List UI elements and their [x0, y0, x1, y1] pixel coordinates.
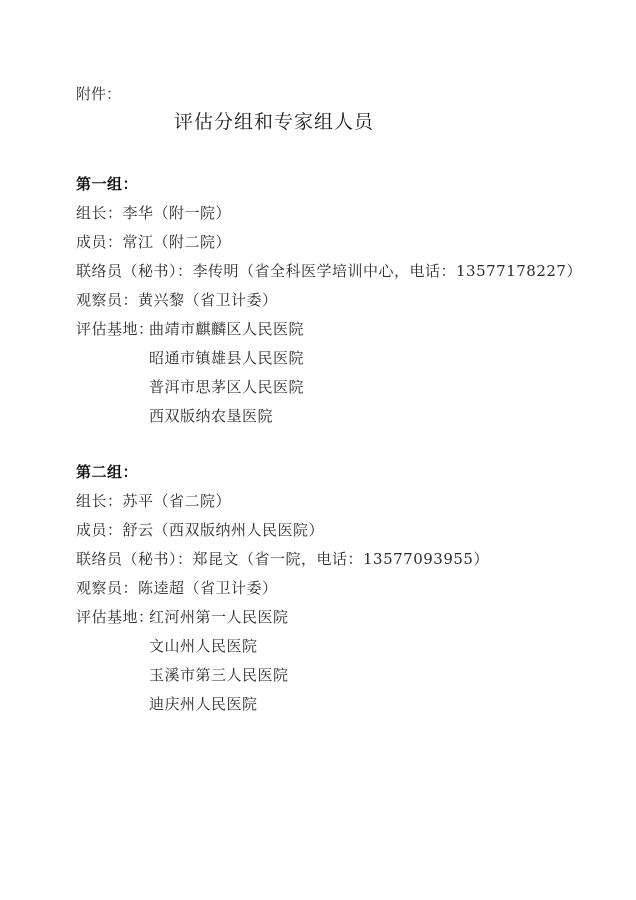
group-2-member: 成员：舒云（西双版纳州人民医院） [76, 521, 324, 539]
group-2-heading: 第二组： [76, 463, 138, 481]
group-1-observer: 观察员：黄兴黎（省卫计委） [76, 291, 278, 309]
group-2-base: 迪庆州人民医院 [149, 695, 258, 713]
group-1-member: 成员：常江（附二院） [76, 233, 231, 251]
group-1-base: 西双版纳农垦医院 [149, 407, 273, 425]
group-2-bases-label: 评估基地： [76, 608, 154, 626]
group-2-leader: 组长：苏平（省二院） [76, 492, 231, 510]
group-1-bases-label: 评估基地： [76, 320, 154, 338]
document-title: 评估分组和专家组人员 [174, 110, 374, 134]
attachment-label: 附件： [76, 83, 121, 104]
group-2-base: 文山州人民医院 [149, 637, 258, 655]
group-2-base: 玉溪市第三人民医院 [149, 666, 289, 684]
group-2-base: 红河州第一人民医院 [149, 608, 289, 626]
group-1-base: 曲靖市麒麟区人民医院 [149, 320, 304, 338]
group-1-leader: 组长：李华（附一院） [76, 204, 231, 222]
group-2-liaison: 联络员（秘书）：郑昆文（省一院，电话：13577093955） [76, 550, 489, 568]
group-1-liaison: 联络员（秘书）：李传明（省全科医学培训中心，电话：13577178227） [76, 262, 582, 280]
group-1-base: 昭通市镇雄县人民医院 [149, 349, 304, 367]
group-2-observer: 观察员：陈逵超（省卫计委） [76, 579, 278, 597]
group-1-base: 普洱市思茅区人民医院 [149, 378, 304, 396]
group-1-heading: 第一组： [76, 175, 138, 193]
